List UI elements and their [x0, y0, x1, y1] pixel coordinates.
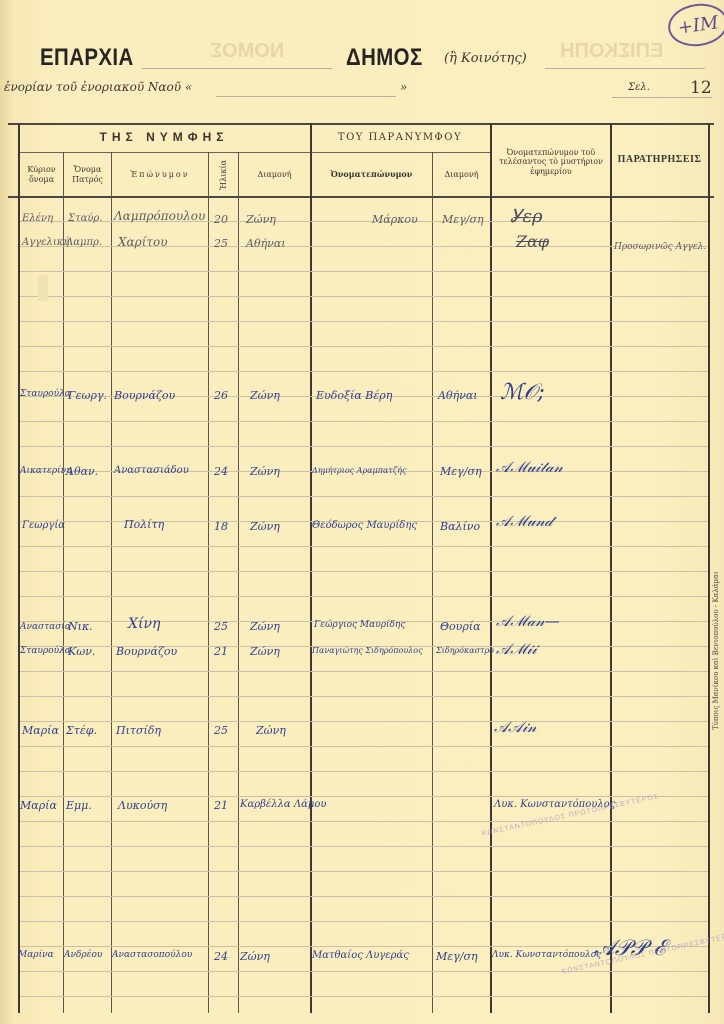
officiant-signature: 𝒜ℳ𝓊𝒾𝓉𝒶𝓃: [496, 458, 563, 476]
printer-imprint: Τύποις Μανίκου καὶ Βενιοπούλου - Καλάμαι: [712, 530, 720, 730]
age-column-header: Ἡλικία: [209, 153, 238, 196]
province-field-line: [142, 68, 332, 69]
cell-first-name: Μαρία: [22, 724, 59, 737]
cell-father-name: Ανδρέου: [64, 950, 102, 960]
cell-groomsman-name: Μάρκου: [372, 213, 418, 226]
cell-age: 18: [214, 520, 228, 533]
bleed-through-nomos: ΝΟΜΟΣ: [210, 40, 284, 63]
cell-father-name: Κων.: [68, 645, 95, 658]
table-right-border: [708, 123, 710, 1013]
cell-surname: Λαμπρόπουλου: [114, 209, 205, 223]
cell-father-name: Στέφ.: [66, 724, 97, 737]
cell-residence: Ζώνη: [256, 724, 286, 737]
officiant-signature: 𝒜ℳ𝒶𝓃—: [496, 612, 559, 630]
officiant-column-header: Ὀνοματεπώνυμον τοῦ τελέσαντος τὸ μυστήρι…: [492, 130, 610, 194]
cell-remarks: Προσωρινῶς Αγγελ.: [614, 242, 706, 252]
col-divider-7: [490, 123, 492, 1013]
cell-groomsman-residence: Σιδηρόκαστρο: [436, 646, 494, 655]
groomsman-residence-column-header: Διαμονή: [433, 153, 490, 196]
cell-father-name: Λαμπρ.: [66, 237, 102, 248]
table-left-border: [18, 123, 20, 1013]
cell-age: 24: [214, 950, 228, 963]
municipality-label: ΔΗΜΟΣ: [346, 44, 423, 72]
col-divider-3: [208, 152, 209, 1013]
cell-groomsman-residence: Βαλίνο: [440, 520, 480, 533]
col-divider-6: [432, 152, 433, 1013]
residence-column-header: Διαμονή: [239, 153, 310, 196]
cell-residence: Ζώνη: [250, 389, 280, 402]
community-note: (ἢ Κοινότης): [444, 51, 527, 66]
bleed-through-episkopi: ΕΠΙΣΚΟΠΗ: [560, 40, 663, 63]
cell-father-name: Εμμ.: [66, 799, 92, 812]
cell-groomsman-residence: Μεγ/ση: [436, 950, 478, 963]
parish-field-line: [216, 96, 396, 97]
cell-surname: Πολίτη: [124, 518, 164, 531]
parish-label: ἐνορίαν τοῦ ἐνοριακοῦ Ναοῦ «: [4, 80, 192, 94]
corner-stamp: +ΙΜ: [665, 0, 724, 50]
cell-surname: Χίνη: [128, 616, 160, 632]
cell-first-name: Αγγελική: [22, 237, 69, 248]
cell-age: 24: [214, 465, 228, 478]
cell-residence: Ζώνη: [250, 520, 280, 533]
cell-first-name: Σταυρούλα: [20, 646, 71, 656]
first-name-column-header: Κύριον ὄνομα: [20, 153, 63, 196]
cell-first-name: Αικατερίνη: [20, 466, 72, 476]
cell-groomsman-name: Ευδοξία Βέρη: [316, 389, 392, 402]
cell-first-name: Αναστασία: [20, 622, 71, 632]
cell-groomsman-residence: Μεγ/ση: [440, 465, 482, 478]
groomsman-group-header: ΤΟΥ ΠΑΡΑΝΥΜΦΟΥ: [310, 124, 490, 152]
cell-age: 25: [214, 724, 228, 737]
cell-surname: Αναστασοπούλου: [112, 950, 192, 960]
cell-surname: Λυκούση: [118, 799, 167, 812]
officiant-signature-2: Ζαφ: [516, 232, 549, 251]
page-number: 12: [690, 78, 712, 98]
col-divider-8: [610, 123, 612, 1013]
cell-residence: Καρβέλλα Λάμου: [240, 799, 326, 810]
cell-residence: Ζώνη: [250, 645, 280, 658]
cell-first-name: Μαρία: [20, 799, 57, 812]
cell-father-name: Γεωργ.: [68, 389, 107, 402]
officiant-signature: Ꭹ̶ε̶ρ̶: [510, 206, 543, 227]
col-divider-4: [238, 152, 239, 1013]
cell-first-name: Ελένη: [22, 213, 53, 224]
groomsman-name-column-header: Ὀνοματεπώνυμον: [311, 153, 432, 196]
cell-groomsman-name: Παναγιώτης Σιδηρόπουλος: [312, 646, 423, 655]
cell-groomsman-residence: Αθήναι: [438, 389, 478, 402]
cell-first-name: Σταυρούλα: [20, 389, 71, 399]
age-header-text: Ἡλικία: [219, 160, 228, 190]
page-label: Σελ.: [628, 82, 650, 93]
cell-age: 25: [214, 620, 228, 633]
cell-residence: Ζώνη: [240, 950, 270, 963]
cell-surname: Βουρνάζου: [114, 389, 175, 402]
col-divider-5: [310, 123, 312, 1013]
municipality-field-line: [545, 68, 705, 69]
officiant-signature: 𝒜𝒜𝒾𝓃: [494, 718, 536, 736]
page-number-line: [612, 97, 712, 98]
officiant-signature: 𝒜ℳ𝓊𝓃𝒹: [496, 512, 552, 530]
cell-residence: Ζώνη: [250, 620, 280, 633]
cell-surname: Βουρνάζου: [116, 645, 177, 658]
surname-column-header: Ἐπώνυμον: [112, 153, 208, 196]
cell-groomsman-name: Ματθαίος Λυγεράς: [312, 950, 409, 961]
officiant-signature: 𝒜ℳ𝒾𝒾: [496, 640, 537, 658]
remarks-column-header: ΠΑΡΑΤΗΡΗΣΕΙΣ: [611, 124, 708, 196]
cell-father-name: Αθαν.: [66, 465, 98, 478]
cell-age: 20: [214, 213, 228, 226]
cell-surname: Χαρίτου: [118, 235, 168, 249]
cell-first-name: Γεωργία: [22, 520, 65, 531]
cell-age: 21: [214, 799, 228, 812]
cell-age: 21: [214, 645, 228, 658]
cell-father-name: Νικ.: [68, 620, 93, 633]
cell-officiant: Λυκ. Κωνσταντόπουλος: [492, 950, 601, 960]
cell-first-name: Μαρίνα: [18, 950, 54, 960]
cell-groomsman-name: Θεόδωρος Μαυρίδης: [312, 520, 417, 531]
cell-surname: Αναστασιάδου: [114, 465, 189, 476]
cell-residence: Αθήναι: [246, 237, 286, 250]
cell-groomsman-residence: Μεγ/ση: [442, 213, 484, 226]
province-label: ΕΠΑΡΧΙΑ: [40, 44, 134, 72]
cell-surname: Πιτσίδη: [116, 724, 161, 737]
cell-residence: Ζώνη: [250, 465, 280, 478]
father-name-column-header: Ὄνομα Πατρός: [64, 153, 111, 196]
officiant-signature: ℳ𝒪;: [500, 380, 545, 405]
cell-groomsman-name: Γεώργιος Μαυρίδης: [314, 620, 405, 630]
bride-group-header: ΤΗΣ ΝΥΜΦΗΣ: [18, 124, 310, 152]
cell-groomsman-residence: Θουρία: [440, 620, 481, 633]
cell-age: 25: [214, 237, 228, 250]
header-bottom-rule: [8, 196, 714, 198]
cell-residence: Ζώνη: [246, 213, 276, 226]
cell-age: 26: [214, 389, 228, 402]
col-divider-1: [63, 152, 64, 1013]
cell-groomsman-name: Δημήτριος Αραμπατζής: [312, 466, 406, 475]
parish-close-quote: »: [400, 80, 407, 94]
ghost-mark: [38, 275, 48, 301]
cell-father-name: Σταύρ.: [68, 213, 103, 224]
col-divider-2: [111, 152, 112, 1013]
